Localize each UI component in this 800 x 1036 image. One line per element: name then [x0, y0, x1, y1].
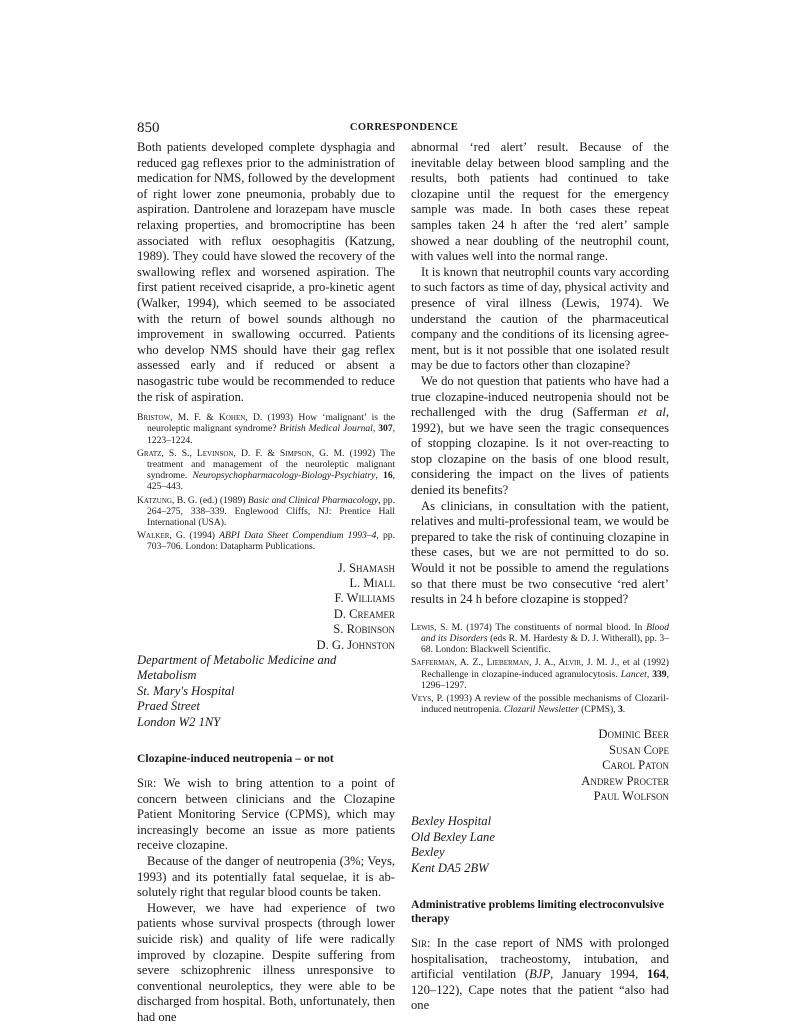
author-name: Andrew Procter: [411, 774, 669, 789]
reference-item: Gratz, S. S., Levinson, D. F. & Simpson,…: [137, 448, 395, 493]
body-paragraph: Sir: We wish to bring attention to a poi…: [137, 776, 395, 854]
body-paragraph: Because of the danger of neutropenia (3%…: [137, 854, 395, 901]
body-paragraph: As clinicians, in consultation with the …: [411, 499, 669, 608]
reference-list: Bristow, M. F. & Kohen, D. (1993) How ‘m…: [137, 412, 395, 552]
signatories: J. Shamash L. Miall F. Williams D. Cream…: [137, 561, 395, 653]
reference-item: Veys, P. (1993) A review of the possible…: [411, 693, 669, 715]
address-line: London W2 1NY: [137, 715, 395, 730]
running-title: CORRESPONDENCE: [137, 122, 671, 133]
body-paragraph: It is known that neutrophil counts vary …: [411, 265, 669, 374]
reference-item: Bristow, M. F. & Kohen, D. (1993) How ‘m…: [137, 412, 395, 446]
signatories: Dominic Beer Susan Cope Carol Paton Andr…: [411, 727, 669, 804]
page-header: 850 CORRESPONDENCE: [137, 120, 671, 136]
body-paragraph: We do not question that patients who hav…: [411, 374, 669, 499]
author-address: Bexley Hospital Old Bexley Lane Bexley K…: [411, 814, 669, 876]
author-name: Susan Cope: [411, 743, 669, 758]
author-name: Paul Wolfson: [411, 789, 669, 804]
letter-title: Administrative problems limiting electro…: [411, 898, 669, 926]
author-address: Department of Metabolic Medicine and Met…: [137, 653, 395, 730]
author-name: J. Shamash: [137, 561, 395, 576]
address-line: Bexley Hospital: [411, 814, 669, 829]
address-line: Praed Street: [137, 699, 395, 714]
reference-item: Safferman, A. Z., Lieberman, J. A., Alvi…: [411, 657, 669, 691]
author-name: F. Williams: [137, 591, 395, 606]
body-paragraph: Both patients developed complete dysphag…: [137, 140, 395, 405]
address-line: St. Mary's Hospital: [137, 684, 395, 699]
reference-item: Katzung, B. G. (ed.) (1989) Basic and Cl…: [137, 495, 395, 529]
reference-item: Walker, G. (1994) ABPI Data Sheet Compen…: [137, 530, 395, 552]
author-name: Carol Paton: [411, 758, 669, 773]
author-name: L. Miall: [137, 576, 395, 591]
body-paragraph: Sir: In the case report of NMS with prol…: [411, 936, 669, 1014]
author-name: S. Robinson: [137, 622, 395, 637]
reference-item: Lewis, S. M. (1974) The constituents of …: [411, 622, 669, 656]
author-name: D. G. Johnston: [137, 638, 395, 653]
letter-title: Clozapine-induced neutropenia – or not: [137, 752, 395, 766]
body-paragraph: However, we have had experience of two p…: [137, 901, 395, 1026]
address-line: Department of Metabolic Medicine and Met…: [137, 653, 395, 684]
right-column: abnormal ‘red alert’ result. Because of …: [411, 140, 669, 1014]
address-line: Kent DA5 2BW: [411, 861, 669, 876]
body-paragraph: abnormal ‘red alert’ result. Because of …: [411, 140, 669, 265]
left-column: Both patients developed complete dysphag…: [137, 140, 395, 1026]
author-name: Dominic Beer: [411, 727, 669, 742]
reference-list: Lewis, S. M. (1974) The constituents of …: [411, 622, 669, 716]
address-line: Old Bexley Lane: [411, 830, 669, 845]
author-name: D. Creamer: [137, 607, 395, 622]
address-line: Bexley: [411, 845, 669, 860]
